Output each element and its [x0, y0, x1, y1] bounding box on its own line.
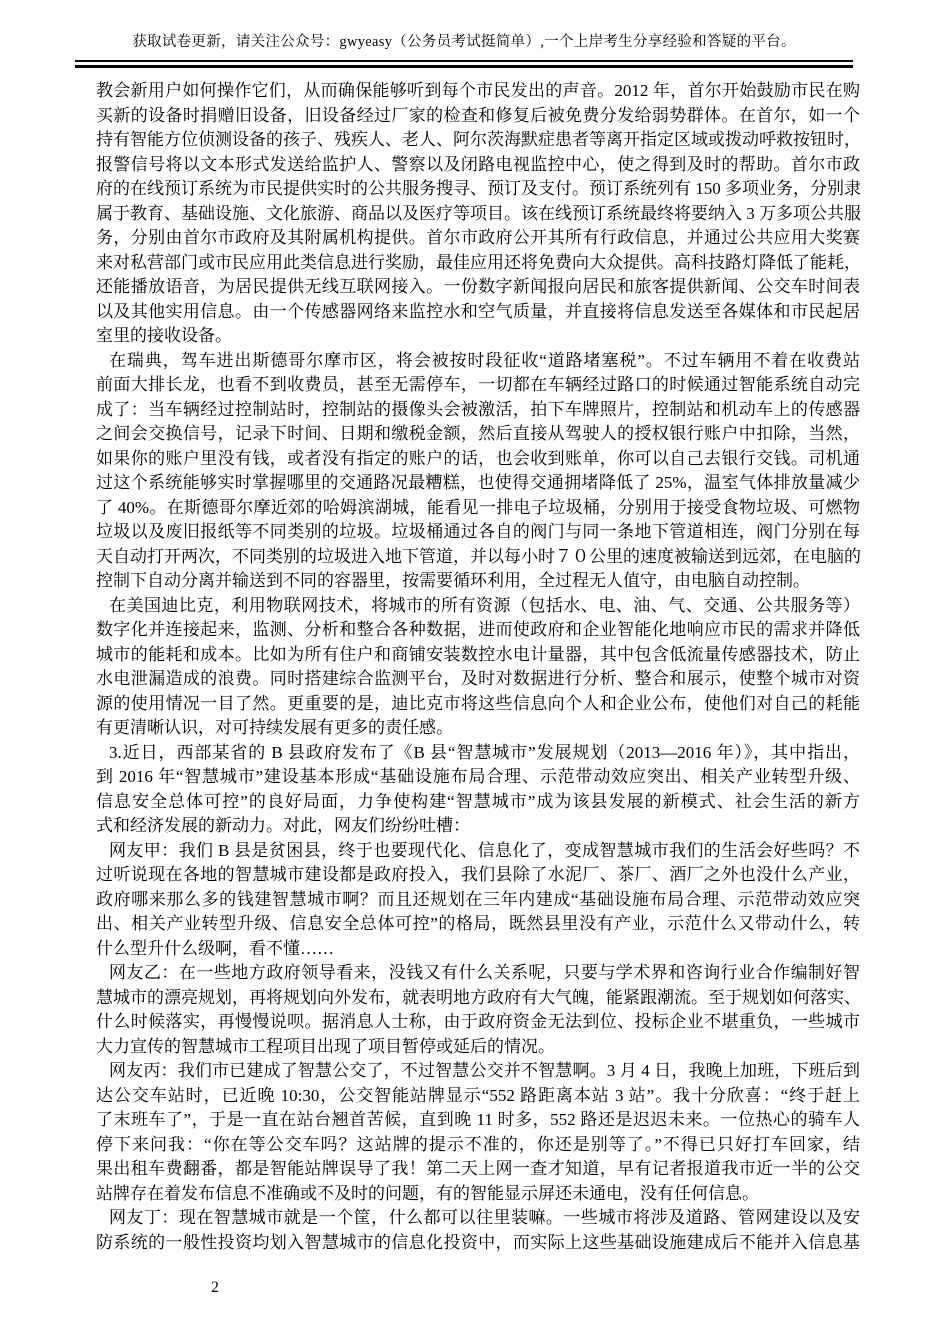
paragraph: 在瑞典，驾车进出斯德哥尔摩市区，将会被按时段征收“道路堵塞税”。不过车辆用不着在…: [96, 349, 860, 594]
text-line: 网友甲：我们 B 县是贫困县，终于也要现代化、信息化了，变成智慧城市我们的生活会…: [96, 839, 860, 864]
paragraph: 网友丙：我们市已建成了智慧公交了，不过智慧公交并不智慧啊。3 月 4 日，我晚上…: [96, 1059, 860, 1206]
text-line: 水电泄漏造成的浪费。同时搭建综合监测平台，及时对数据进行分析、整合和展示，使整个…: [96, 667, 860, 692]
paragraph: 在美国迪比克，利用物联网技术，将城市的所有资源（包括水、电、油、气、交通、公共服…: [96, 594, 860, 741]
text-line: 府的在线预订系统为市民提供实时的公共服务搜寻、预订及支付。预订系统列有 150 …: [96, 177, 860, 202]
text-line: 控制下自动分离并输送到不同的容器里，按需要循环利用，全过程无人值守，由电脑自动控…: [96, 569, 860, 594]
text-line: 还能播放语音，为居民提供无线互联网接入。一份数字新闻报向居民和旅客提供新闻、公交…: [96, 275, 860, 300]
text-line: 来对私营部门或市民应用此类信息进行奖励，最佳应用还将免费向大众提供。高科技路灯降…: [96, 251, 860, 276]
text-line: 持有智能方位侦测设备的孩子、残疾人、老人、阿尔茨海默症患者等离开指定区域或拨动呼…: [96, 128, 860, 153]
text-line: 果出租车费翻番，都是智能站牌误导了我！第二天上网一查才知道，早有记者报道我市近一…: [96, 1157, 860, 1182]
text-line: 达公交车站时，已近晚 10:30，公交智能站牌显示“552 路距离本站 3 站”…: [96, 1084, 860, 1109]
text-line: 政府哪来那么多的钱建智慧城市啊？而且还规划在三年内建成“基础设施布局合理、示范带…: [96, 888, 860, 913]
text-line: 天自动打开两次，不同类别的垃圾进入地下管道，并以每小时７０公里的速度被输送到远郊…: [96, 545, 860, 570]
paragraph: 网友乙：在一些地方政府领导看来，没钱又有什么关系呢，只要与学术界和咨询行业合作编…: [96, 961, 860, 1059]
text-line: 室里的接收设备。: [96, 324, 860, 349]
text-line: 务，分别由首尔市政府及其附属机构提供。首尔市政府公开其所有行政信息，并通过公共应…: [96, 226, 860, 251]
text-line: 前面大排长龙，也看不到收费员，甚至无需停车，一切都在车辆经过路口的时候通过智能系…: [96, 373, 860, 398]
text-line: 什么型升什么级啊，看不懂……: [96, 937, 860, 962]
text-line: 什么时候落实，再慢慢说呗。据消息人士称，由于政府资金无法到位、投标企业不堪重负，…: [96, 1010, 860, 1035]
text-line: 网友乙：在一些地方政府领导看来，没钱又有什么关系呢，只要与学术界和咨询行业合作编…: [96, 961, 860, 986]
text-line: 信息安全总体可控”的良好局面，力争使构建“智慧城市”成为该县发展的新模式、社会生…: [96, 790, 860, 815]
text-line: 有更清晰认识，对可持续发展有更多的责任感。: [96, 716, 860, 741]
paragraph: 教会新用户如何操作它们，从而确保能够听到每个市民发出的声音。2012 年，首尔开…: [96, 79, 860, 349]
text-line: 成了：当车辆经过控制站时，控制站的摄像头会被激活，拍下车牌照片，控制站和机动车上…: [96, 398, 860, 423]
text-line: 过听说现在各地的智慧城市建设都是政府投入，我们县除了水泥厂、茶厂、酒厂之外也没什…: [96, 863, 860, 888]
paragraph: 网友丁：现在智慧城市就是一个筐，什么都可以往里装嘛。一些城市将涉及道路、管网建设…: [96, 1206, 860, 1255]
text-line: 之间会交换信号，记录下时间、日期和缴税金额，然后直接从驾驶人的授权银行账户中扣除…: [96, 422, 860, 447]
document-body: 教会新用户如何操作它们，从而确保能够听到每个市民发出的声音。2012 年，首尔开…: [96, 79, 860, 1255]
text-line: 式和经济发展的新动力。对此，网友们纷纷吐槽：: [96, 814, 860, 839]
header-divider-rule: [75, 60, 853, 68]
text-line: 到 2016 年“智慧城市”建设基本形成“基础设施布局合理、示范带动效应突出、相…: [96, 765, 860, 790]
text-line: 教会新用户如何操作它们，从而确保能够听到每个市民发出的声音。2012 年，首尔开…: [96, 79, 860, 104]
text-line: 如果你的账户里没有钱，或者没有指定的账户的话，也会收到账单，你可以自己去银行交钱…: [96, 447, 860, 472]
text-line: 网友丁：现在智慧城市就是一个筐，什么都可以往里装嘛。一些城市将涉及道路、管网建设…: [96, 1206, 860, 1231]
text-line: 以及其他实用信息。由一个传感器网络来监控水和空气质量，并直接将信息发送至各媒体和…: [96, 300, 860, 325]
text-line: 慧城市的漂亮规划，再将规划向外发布，就表明地方政府有大气魄，能紧跟潮流。至于规划…: [96, 986, 860, 1011]
text-line: 买新的设备时捐赠旧设备，旧设备经过厂家的检查和修复后被免费分发给弱势群体。在首尔…: [96, 104, 860, 129]
text-line: 了 40%。在斯德哥尔摩近郊的哈姆滨湖城，能看见一排电子垃圾桶，分别用于接受食物…: [96, 496, 860, 521]
text-line: 在瑞典，驾车进出斯德哥尔摩市区，将会被按时段征收“道路堵塞税”。不过车辆用不着在…: [96, 349, 860, 374]
page-header-text: 获取试卷更新，请关注公众号：gwyeasy（公务员考试挺简单）,一个上岸考生分享…: [75, 32, 853, 52]
text-line: 了末班车了”，于是一直在站台翘首苦候，直到晚 11 时多，552 路还是迟迟未来…: [96, 1108, 860, 1133]
page-number: 2: [200, 1278, 230, 1298]
text-line: 在美国迪比克，利用物联网技术，将城市的所有资源（包括水、电、油、气、交通、公共服…: [96, 594, 860, 619]
paragraph: 3.近日，西部某省的 B 县政府发布了《B 县“智慧城市”发展规划（2013—2…: [96, 741, 860, 839]
document-page: 获取试卷更新，请关注公众号：gwyeasy（公务员考试挺简单）,一个上岸考生分享…: [0, 0, 950, 1344]
text-line: 过这个系统能够实时掌握哪里的交通路况最糟糕，也使得交通拥堵降低了 25%，温室气…: [96, 471, 860, 496]
text-line: 3.近日，西部某省的 B 县政府发布了《B 县“智慧城市”发展规划（2013—2…: [96, 741, 860, 766]
text-line: 垃圾以及废旧报纸等不同类别的垃圾。垃圾桶通过各自的阀门与同一条地下管道相连，阀门…: [96, 520, 860, 545]
text-line: 停下来问我：“你在等公交车吗？这站牌的提示不准的，你还是别等了。”不得已只好打车…: [96, 1133, 860, 1158]
text-line: 大力宣传的智慧城市工程项目出现了项目暂停或延后的情况。: [96, 1035, 860, 1060]
text-line: 网友丙：我们市已建成了智慧公交了，不过智慧公交并不智慧啊。3 月 4 日，我晚上…: [96, 1059, 860, 1084]
text-line: 城市的能耗和成本。比如为所有住户和商铺安装数控水电计量器，其中包含低流量传感器技…: [96, 643, 860, 668]
text-line: 出、相关产业转型升级、信息安全总体可控”的格局，既然县里没有产业，示范什么又带动…: [96, 912, 860, 937]
text-line: 属于教育、基础设施、文化旅游、商品以及医疗等项目。该在线预订系统最终将要纳入 3…: [96, 202, 860, 227]
text-line: 防系统的一般性投资均划入智慧城市的信息化投资中，而实际上这些基础设施建成后不能并…: [96, 1231, 860, 1256]
text-line: 源的使用情况一目了然。更重要的是，迪比克市将这些信息向个人和企业公布，使他们对自…: [96, 692, 860, 717]
text-line: 数字化并连接起来，监测、分析和整合各种数据，进而使政府和企业智能化地响应市民的需…: [96, 618, 860, 643]
paragraph: 网友甲：我们 B 县是贫困县，终于也要现代化、信息化了，变成智慧城市我们的生活会…: [96, 839, 860, 962]
text-line: 站牌存在着发布信息不准确或不及时的问题，有的智能显示屏还未通电，没有任何信息。: [96, 1182, 860, 1207]
text-line: 报警信号将以文本形式发送给监护人、警察以及闭路电视监控中心，使之得到及时的帮助。…: [96, 153, 860, 178]
